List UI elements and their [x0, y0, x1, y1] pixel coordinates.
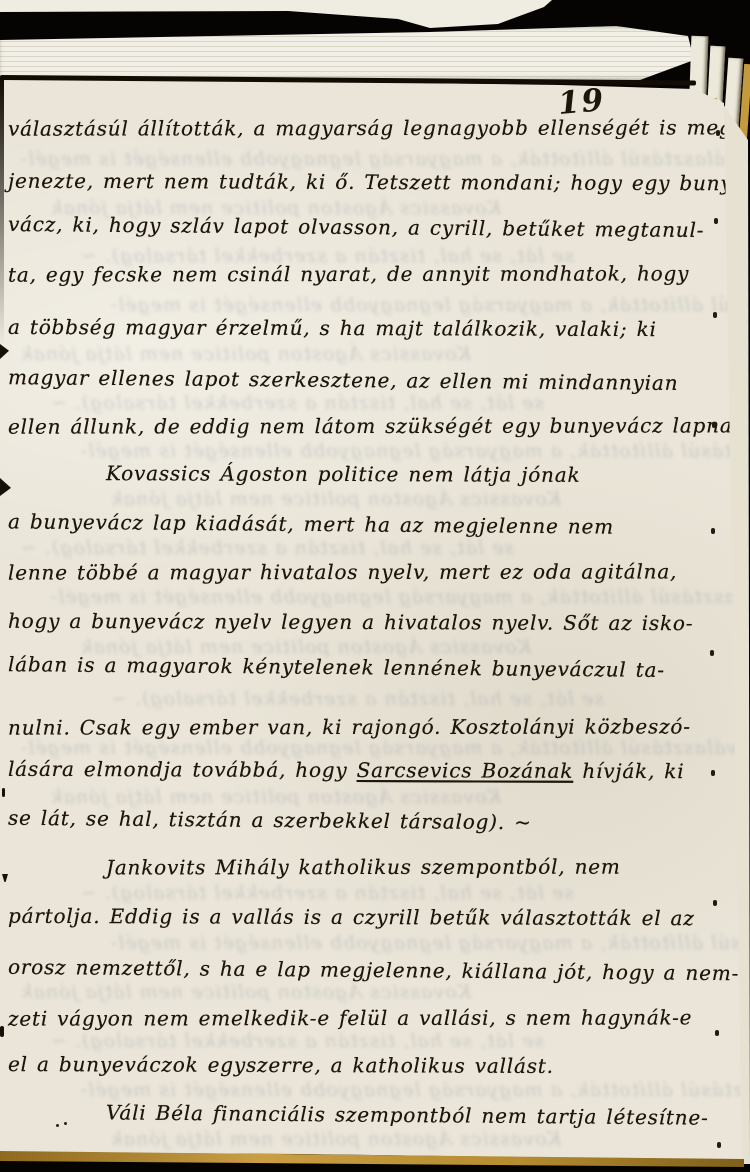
handwriting-line: ta, egy fecske nem csinál nyarat, de ann… — [8, 261, 689, 286]
handwriting-line: választásúl állították, a magyarság legn… — [8, 115, 750, 140]
handwriting-line: lában is a magyarok kénytelenek lennének… — [8, 652, 665, 682]
handwriting-line: hogy a bunyevácz nyelv legyen a hivatalo… — [8, 609, 693, 635]
handwriting-line: jenezte, mert nem tudták, ki ő. Tetszett… — [8, 169, 750, 196]
handwriting-line: se lát, se hal, tisztán a szerbekkel tár… — [8, 806, 532, 835]
bleedthrough-line: választásúl állították, a magyarság legn… — [50, 586, 750, 608]
bleedthrough-line: választásúl állították, a magyarság legn… — [80, 1079, 750, 1101]
page-number: 19 — [557, 82, 607, 122]
handwriting-line: a bunyevácz lap kiadását, mert ha az meg… — [8, 509, 614, 538]
handwriting-line: lására elmondja továbbá, hogy Sarcsevics… — [8, 757, 685, 783]
ink-smudge — [2, 788, 5, 797]
ink-smudge — [0, 1026, 4, 1037]
page-left-edge-line — [0, 79, 4, 359]
previous-page-edge — [0, 0, 552, 30]
handwriting-line: el a bunyeváczok egyszerre, a katholikus… — [8, 1052, 554, 1078]
bleedthrough-line: választásúl állították, a magyarság legn… — [20, 148, 737, 170]
bleedthrough-line: választásúl állították, a magyarság legn… — [80, 440, 750, 462]
handwriting-line: a többség magyar érzelmű, s ha majt talá… — [8, 315, 657, 341]
bleedthrough-line: választásúl állították, a magyarság legn… — [110, 294, 750, 316]
bleedthrough-line: se lát, se hal, tisztán a szerbekkel tár… — [50, 392, 544, 414]
bleedthrough-line: Kovassics Ágoston politice nem látja jón… — [50, 786, 501, 808]
photographed-manuscript-scene: választásúl állították, a magyarság legn… — [0, 0, 750, 1172]
handwriting-line: ellen állunk, de eddig nem látom szükség… — [8, 413, 750, 438]
handwriting-line: lenne többé a magyar hivatalos nyelv, me… — [8, 559, 677, 584]
bleedthrough-line: Kovassics Ágoston politice nem látja jón… — [110, 488, 561, 510]
bleedthrough-line: se lát, se hal, tisztán a szerbekkel tár… — [20, 537, 514, 559]
handwriting-line: Jankovits Mihály katholikus szempontból,… — [106, 855, 621, 880]
bleedthrough-line: se lát, se hal, tisztán a szerbekkel tár… — [80, 882, 574, 904]
bleedthrough-line: se lát, se hal, tisztán a szerbekkel tár… — [110, 688, 604, 710]
handwriting-line: zeti vágyon nem emelkedik-e felül a vall… — [8, 1005, 692, 1030]
handwriting-line: vácz, ki, hogy szláv lapot olvasson, a c… — [8, 212, 704, 242]
bleedthrough-line: Kovassics Ágoston politice nem látja jón… — [20, 981, 471, 1003]
handwriting-line: nulni. Csak egy ember van, ki rajongó. K… — [8, 714, 691, 739]
ink-dots — [56, 1124, 59, 1127]
manuscript-page: választásúl állították, a magyarság legn… — [0, 0, 750, 1172]
bleedthrough-line: Kovassics Ágoston politice nem látja jón… — [20, 343, 471, 365]
handwriting-line: pártolja. Eddig is a vallás is a czyrill… — [8, 904, 695, 930]
bleedthrough-line: se lát, se hal, tisztán a szerbekkel tár… — [50, 1030, 544, 1052]
handwriting-line: magyar ellenes lapot szerkesztene, az el… — [8, 365, 679, 395]
handwriting-line: Kovassics Ágoston politice nem látja jón… — [106, 461, 580, 487]
bleedthrough-line: Kovassics Ágoston politice nem látja jón… — [110, 1128, 561, 1150]
handwriting-line: Váli Béla financiális szempontból nem ta… — [106, 1100, 709, 1129]
bleedthrough-line: választásúl állították, a magyarság legn… — [110, 932, 750, 954]
bleedthrough-line: választásúl állították, a magyarság legn… — [20, 737, 737, 759]
margin-ink-specks — [716, 130, 720, 136]
underlined-name: Sarcsevics Bozának — [357, 758, 574, 783]
